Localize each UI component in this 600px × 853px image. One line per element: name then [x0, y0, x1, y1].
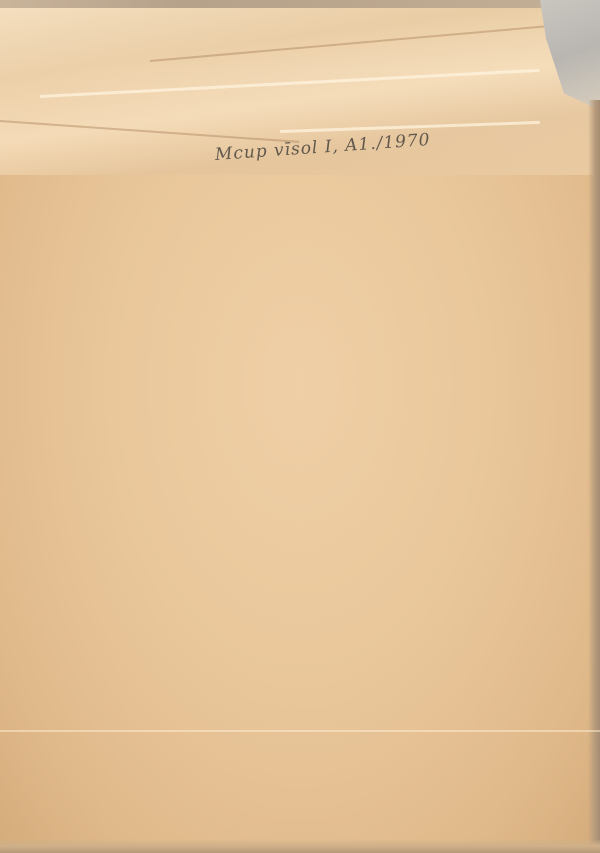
fold-line: [0, 730, 600, 732]
envelope-scan: Mcup vīsol I, A1./1970: [0, 0, 600, 853]
bottom-edge-shadow: [0, 839, 600, 853]
top-edge-strip: [0, 0, 600, 8]
right-edge-shadow: [588, 100, 600, 853]
